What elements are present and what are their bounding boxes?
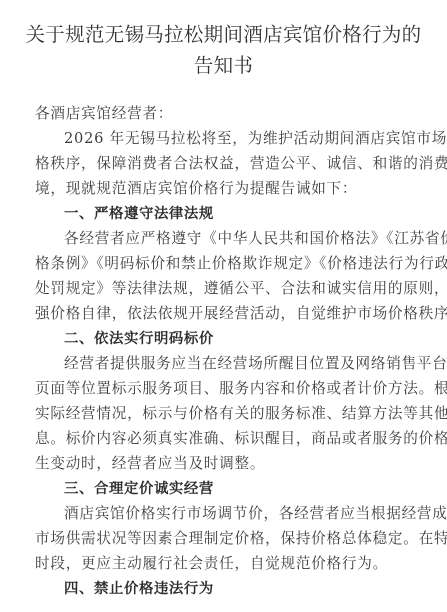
section-heading-1: 一、严格遵守法律法规 [64, 202, 214, 226]
section-2-line: 息。标价内容必须真实准确、标识醒目，商品或者服务的价格发 [35, 427, 447, 451]
section-heading-2: 二、依法实行明码标价 [64, 327, 214, 351]
section-3-line: 酒店宾馆价格实行市场调节价，各经营者应当根据经营成本、 [64, 502, 447, 526]
section-1-line: 各经营者应严格遵守《中华人民共和国价格法》《江苏省价 [64, 227, 447, 251]
section-2-line: 生变动时，经营者应当及时调整。 [35, 452, 265, 476]
section-1-line: 处罚规定》等法律法规，遵循公平、合法和诚实信用的原则，加 [35, 277, 447, 301]
salutation: 各酒店宾馆经营者： [35, 102, 173, 126]
section-1-line: 强价格自律，依法依规开展经营活动，自觉维护市场价格秩序。 [35, 302, 447, 326]
intro-paragraph-line: 格秩序，保障消费者合法权益，营造公平、诚信、和谐的消费环 [35, 152, 447, 176]
section-heading-4: 四、禁止价格违法行为 [64, 577, 214, 601]
section-2-line: 页面等位置标示服务项目、服务内容和价格或者计价方法。根据 [35, 377, 447, 401]
section-1-line: 格条例》《明码标价和禁止价格欺诈规定》《价格违法行为行政 [35, 252, 447, 276]
intro-paragraph-line: 2026 年无锡马拉松将至，为维护活动期间酒店宾馆市场价 [64, 127, 447, 151]
document-title-line-2: 告知书 [0, 51, 447, 81]
intro-paragraph-line: 境，现就规范酒店宾馆价格行为提醒告诫如下： [35, 177, 357, 201]
section-3-line: 时段，更应主动履行社会责任，自觉规范价格行为。 [35, 552, 388, 576]
section-heading-3: 三、合理定价诚实经营 [64, 477, 214, 501]
section-3-line: 市场供需状况等因素合理制定价格，保持价格总体稳定。在特殊 [35, 527, 447, 551]
section-2-line: 实际经营情况，标示与价格有关的服务标准、结算方法等其他信 [35, 402, 447, 426]
document-title-line-1: 关于规范无锡马拉松期间酒店宾馆价格行为的 [0, 20, 447, 50]
document-page: 关于规范无锡马拉松期间酒店宾馆价格行为的 告知书 各酒店宾馆经营者： 2026 … [0, 0, 447, 612]
section-2-line: 经营者提供服务应当在经营场所醒目位置及网络销售平台 [64, 352, 447, 376]
